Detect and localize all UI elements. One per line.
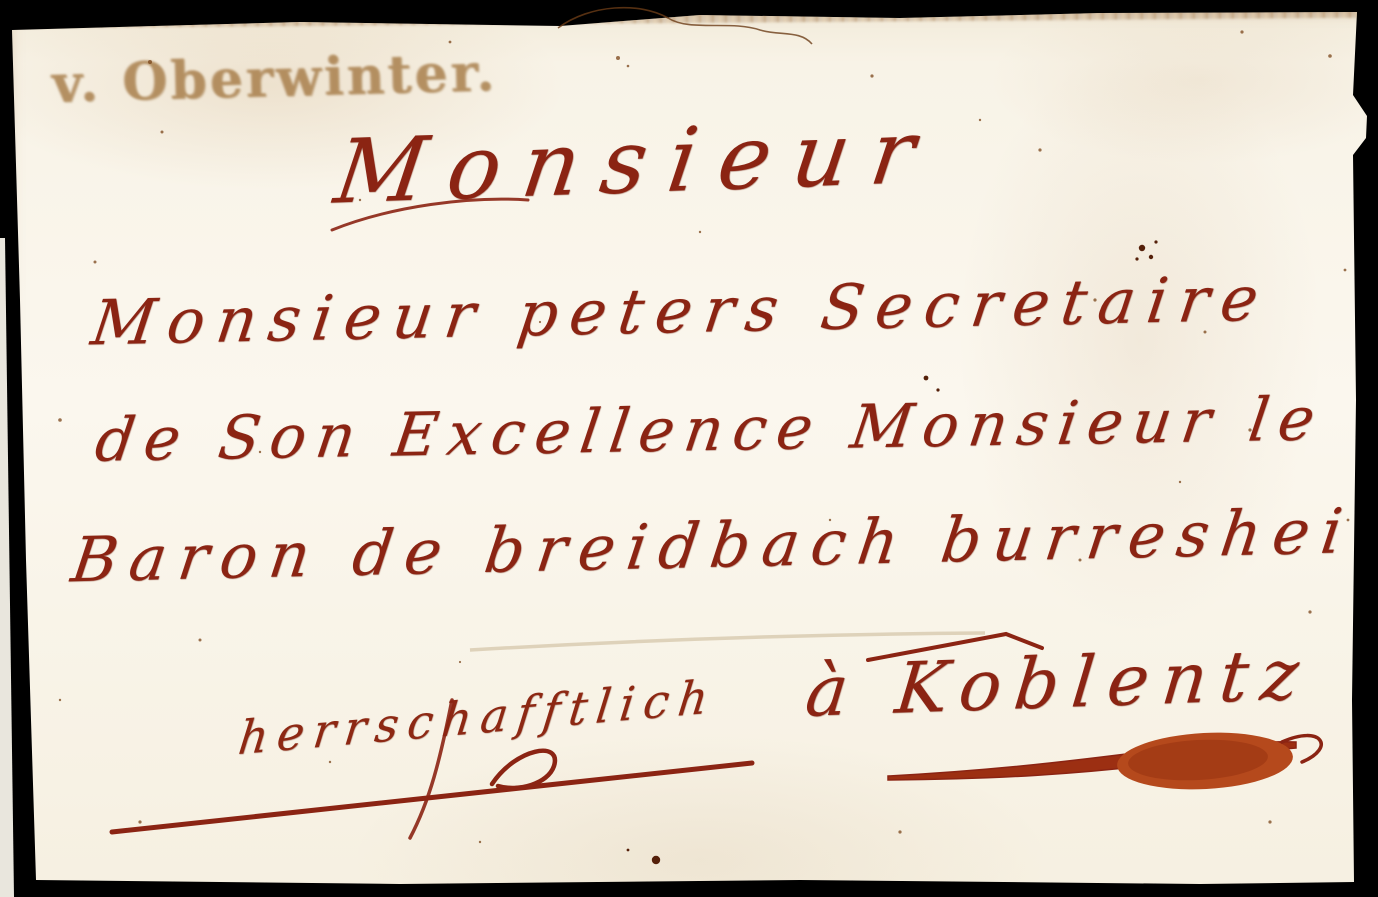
destination-line: à Koblentz <box>802 639 1314 727</box>
address-line-2: de Son Excellence Monsieur le <box>92 389 1328 471</box>
deckle-edge-fringe <box>10 5 1362 29</box>
address-line-3: Baron de breidbach burresheim <box>68 499 1378 592</box>
scanned-letter: v. Oberwinter. Monsieur Monsieur peters … <box>0 0 1378 897</box>
scanner-edge-sliver <box>0 238 16 897</box>
franking-docket: herrschafftlich <box>236 673 720 761</box>
address-line-1: Monsieur peters Secretaire <box>88 268 1274 355</box>
postmark-stamp: v. Oberwinter. <box>51 42 498 115</box>
letter-paper: v. Oberwinter. Monsieur Monsieur peters … <box>0 0 1378 897</box>
salutation-line: Monsieur <box>330 107 942 216</box>
